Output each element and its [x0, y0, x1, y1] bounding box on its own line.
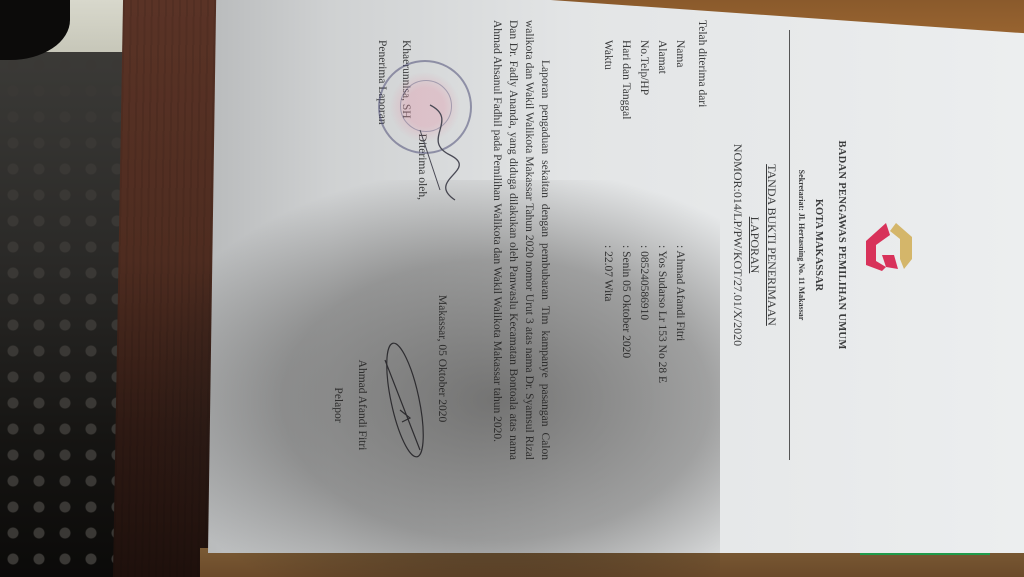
field-row: Alamat : Yos Sudarso Lr 153 No 28 E: [652, 40, 670, 480]
field-value: : Yos Sudarso Lr 153 No 28 E: [652, 245, 670, 480]
title-line1: TANDA BUKTI PENERIMAAN: [763, 10, 780, 480]
report-description: Laporan pengaduan sekaitan dengan pembub…: [489, 20, 553, 460]
bawaslu-logo-icon: [860, 215, 920, 275]
receiver-signature-block: Diterima oleh, Khaerunnisa, SH Penerima …: [374, 40, 430, 200]
field-label: No.Telp/HP: [634, 40, 652, 245]
letterhead: BADAN PENGAWAS PEMILIHAN UMUM KOTA MAKAS…: [795, 10, 848, 480]
field-value: : Senin 05 Oktober 2020: [616, 245, 634, 480]
field-row: Waktu : 22.07 Wita: [598, 40, 616, 480]
field-label: Alamat: [652, 40, 670, 245]
background-rubber-mat: [0, 52, 125, 577]
field-row: No.Telp/HP : 085240586910: [634, 40, 652, 480]
field-label: Nama: [670, 40, 688, 245]
org-address: Sekretariat: Jl. Hertasning No. 11 Makas…: [795, 10, 806, 480]
receiver-signature-icon: [410, 100, 470, 210]
field-value: : Ahmad Afandi Fitri: [670, 245, 688, 480]
title-line2: LAPORAN: [746, 10, 763, 480]
reporter-name: Ahmad Afandi Fitri: [354, 330, 370, 480]
org-city: KOTA MAKASSAR: [811, 10, 826, 480]
org-name: BADAN PENGAWAS PEMILIHAN UMUM: [833, 10, 848, 480]
reporter-signature-block: Ahmad Afandi Fitri Pelapor: [330, 330, 400, 480]
receipt-document: BADAN PENGAWAS PEMILIHAN UMUM KOTA MAKAS…: [340, 10, 960, 480]
field-label: Hari dan Tanggal: [616, 40, 634, 245]
field-row: Nama : Ahmad Afandi Fitri: [670, 40, 688, 480]
document-number: NOMOR:014/LP/PW/KOT/27.01/X/2020: [730, 10, 747, 480]
field-value: : 085240586910: [634, 245, 652, 480]
document-title: TANDA BUKTI PENERIMAAN LAPORAN NOMOR:014…: [730, 10, 780, 480]
reporter-role: Pelapor: [330, 330, 346, 480]
field-label: Waktu: [598, 40, 616, 245]
field-value: : 22.07 Wita: [598, 245, 616, 480]
reporter-signature-icon: [370, 340, 440, 480]
field-row: Hari dan Tanggal : Senin 05 Oktober 2020: [616, 40, 634, 480]
received-from-label: Telah diterima dari: [694, 20, 710, 107]
header-divider: [789, 30, 790, 460]
reporter-fields: Nama : Ahmad Afandi Fitri Alamat : Yos S…: [598, 40, 688, 480]
